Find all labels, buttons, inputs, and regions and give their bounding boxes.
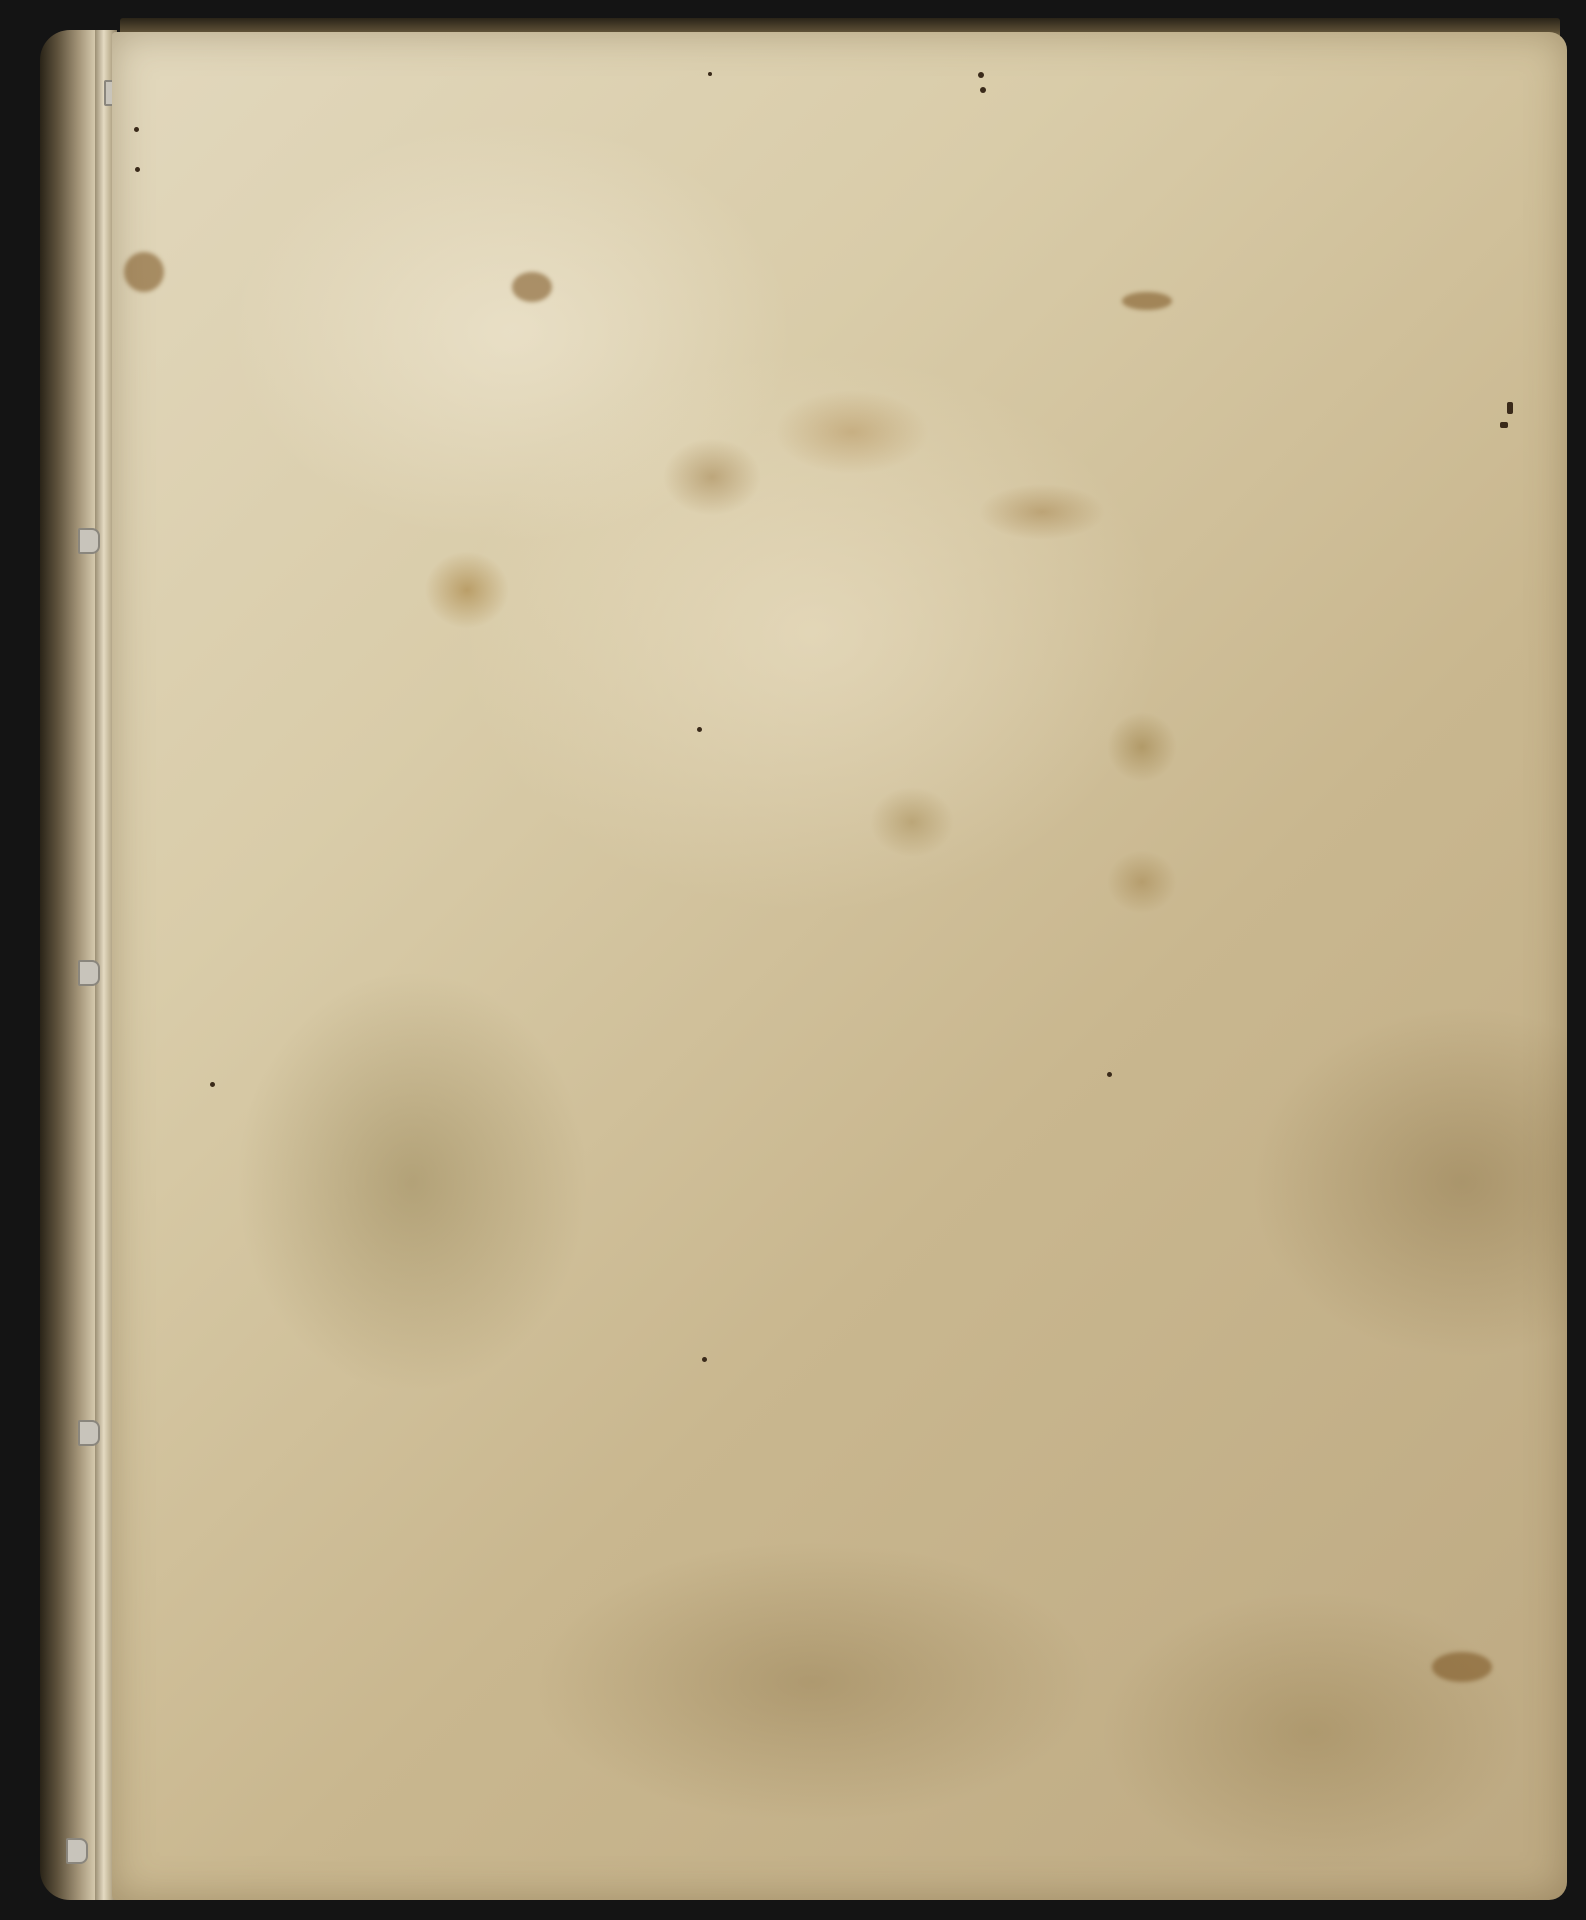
wormhole [978,72,984,78]
stain [1122,292,1172,310]
wormhole [1107,1072,1112,1077]
stain [124,252,164,292]
photo-background [0,0,1586,1920]
spine-tie-icon [78,960,100,986]
wormhole [135,167,140,172]
stain [512,272,552,302]
wormhole [134,127,139,132]
wormhole [980,87,986,93]
wormhole [697,727,702,732]
spine-tie-icon [66,1838,88,1864]
ink-mark [1507,402,1513,414]
ink-mark [1500,422,1508,428]
stain [1432,1652,1492,1682]
spine-tie-icon [78,528,100,554]
wormhole [708,72,712,76]
book-cover [112,32,1567,1900]
spine-tie-icon [78,1420,100,1446]
wormhole [702,1357,707,1362]
wormhole [210,1082,215,1087]
